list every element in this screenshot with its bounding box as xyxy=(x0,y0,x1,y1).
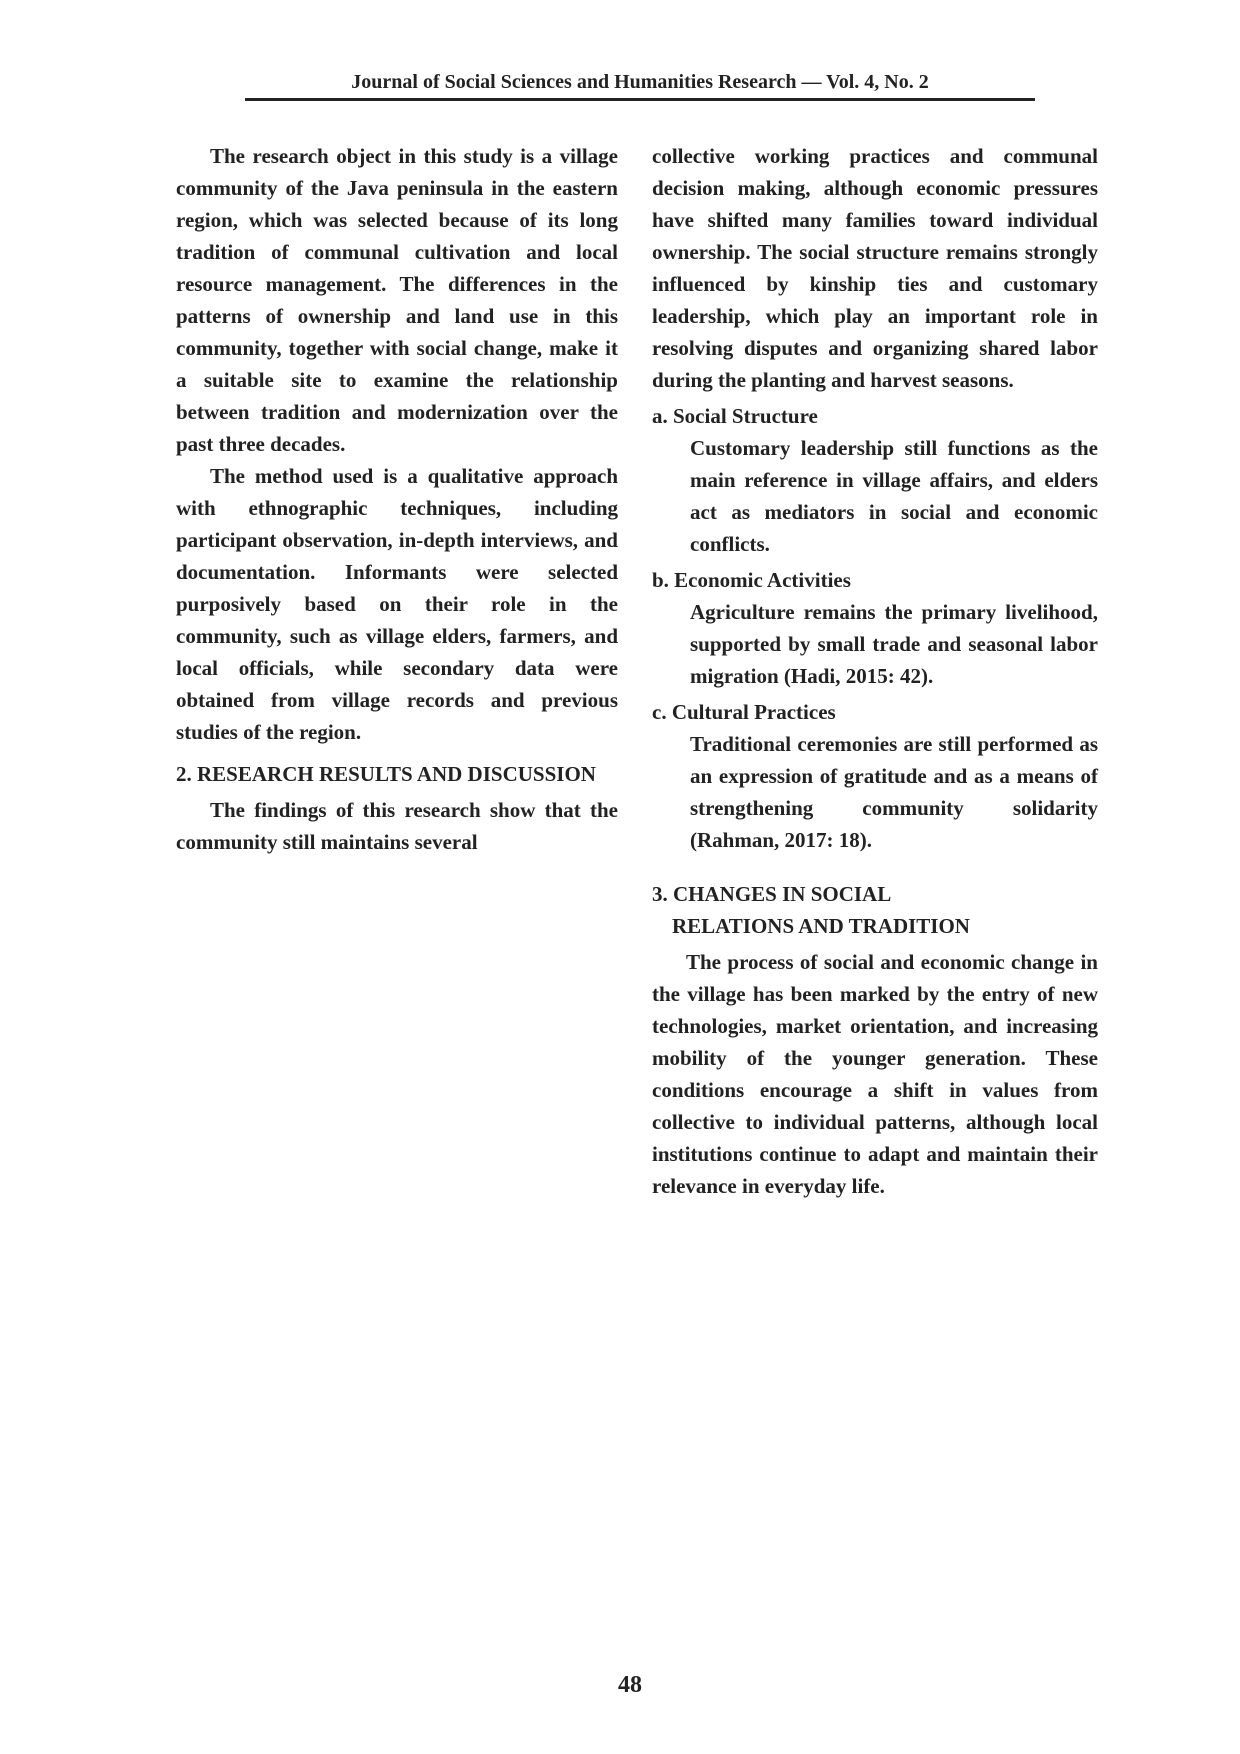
body-paragraph: The process of social and economic chang… xyxy=(652,946,1098,1202)
body-paragraph: The method used is a qualitative approac… xyxy=(176,460,618,748)
body-paragraph: The research object in this study is a v… xyxy=(176,140,618,460)
list-item: Customary leadership still functions as … xyxy=(652,432,1098,560)
section-heading-continued: RELATIONS AND TRADITION xyxy=(652,910,1098,942)
left-column: The research object in this study is a v… xyxy=(176,140,618,858)
running-header: Journal of Social Sciences and Humanitie… xyxy=(245,68,1035,101)
section-heading: 2. RESEARCH RESULTS AND DISCUSSION xyxy=(176,758,618,790)
body-paragraph: collective working practices and communa… xyxy=(652,140,1098,396)
page-number: 48 xyxy=(600,1672,660,1699)
sub-heading: a. Social Structure xyxy=(652,400,1098,432)
right-column: collective working practices and communa… xyxy=(652,140,1098,1202)
body-paragraph: The findings of this research show that … xyxy=(176,794,618,858)
sub-heading: c. Cultural Practices xyxy=(652,696,1098,728)
sub-heading: b. Economic Activities xyxy=(652,564,1098,596)
section-heading: 3. CHANGES IN SOCIAL xyxy=(652,878,1098,910)
list-item: Traditional ceremonies are still perform… xyxy=(652,728,1098,856)
list-item: Agriculture remains the primary liveliho… xyxy=(652,596,1098,692)
